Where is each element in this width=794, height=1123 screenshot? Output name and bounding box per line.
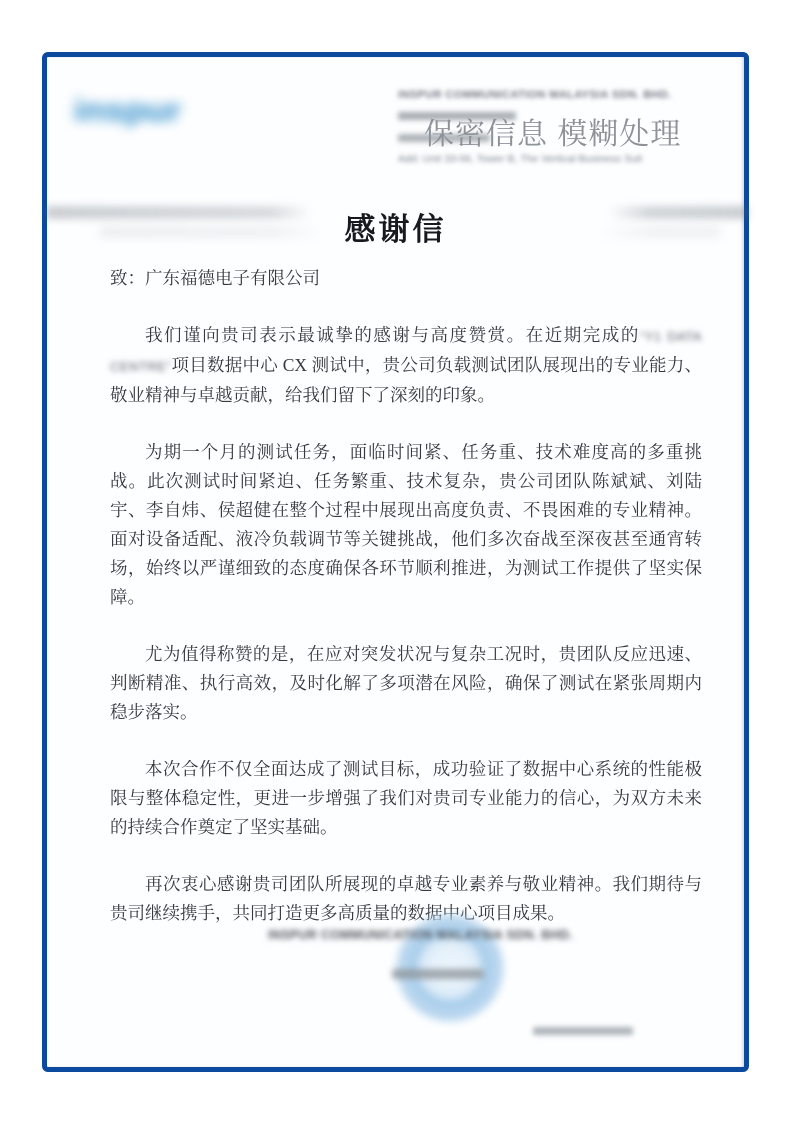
paragraph-praise: 尤为值得称赞的是，在应对突发状况与复杂工况时，贵团队反应迅速、判断精准、执行高效… — [110, 640, 702, 727]
paragraph-text: 我们谨向贵司表示最诚挚的感谢与高度赞赏。在近期完成的 — [145, 325, 640, 345]
company-logo-blurred: inspur — [74, 90, 214, 132]
paragraph-cooperation: 本次合作不仅全面达成了测试目标，成功验证了数据中心系统的性能极限与整体稳定性，更… — [110, 755, 702, 842]
letter-title: 感谢信 — [42, 204, 749, 249]
privacy-notice-overlay: 保密信息 模糊处理 — [424, 109, 681, 153]
paragraph-text: 项目数据中心 CX 测试中，贵公司负载测试团队展现出的专业能力、敬业精神与卓越贡… — [110, 355, 702, 405]
letter-body: 致：广东福德电子有限公司 我们谨向贵司表示最诚挚的感谢与高度赞赏。在近期完成的“… — [110, 264, 702, 956]
signature-date-blurred-bar — [533, 1027, 633, 1035]
signature-company-blurred: INSPUR COMMUNICATION MALAYSIA SDN. BHD. — [268, 928, 618, 942]
recipient-line: 致：广东福德电子有限公司 — [110, 264, 702, 293]
paragraph-closing: 再次衷心感谢贵司团队所展现的卓越专业素养与敬业精神。我们期待与贵司继续携手，共同… — [110, 870, 702, 928]
paragraph-gratitude: 我们谨向贵司表示最诚挚的感谢与高度赞赏。在近期完成的“Y1 DATA CENTR… — [110, 321, 702, 410]
signature-script-blurred-bar — [392, 969, 484, 979]
letterhead-address-blurred: Add: Unit 33-06, Tower B, The Vertical B… — [398, 153, 708, 165]
thank-you-letter-page: inspur INSPUR COMMUNICATION MALAYSIA SDN… — [0, 0, 794, 1123]
paragraph-test-challenges: 为期一个月的测试任务，面临时间紧、任务重、技术难度高的多重挑战。此次测试时间紧迫… — [110, 438, 702, 612]
letterhead-company-name-blurred: INSPUR COMMUNICATION MALAYSIA SDN. BHD. — [398, 89, 728, 101]
